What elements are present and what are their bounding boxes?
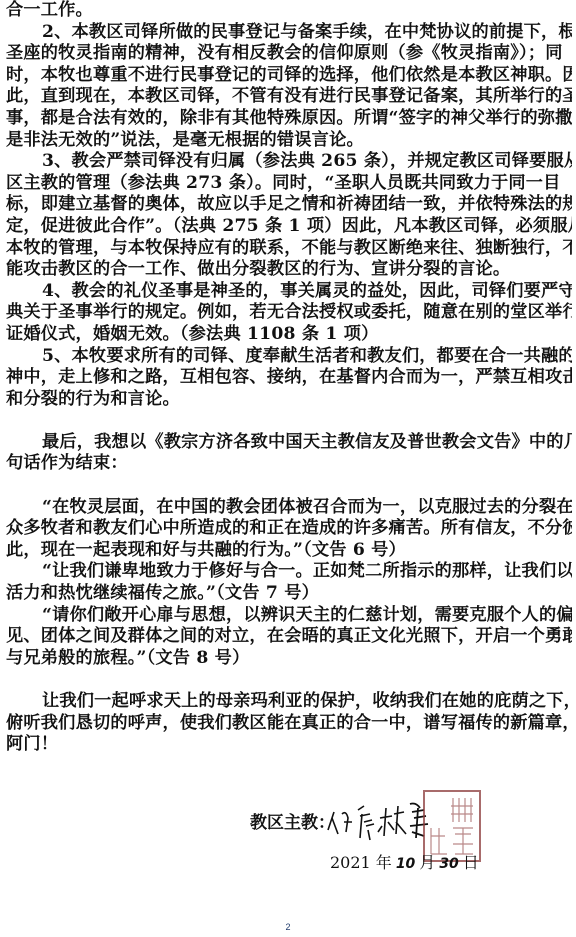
- text-line: 合一工作。: [6, 0, 572, 22]
- document-body: 合一工作。2、本教区司铎所做的民事登记与备案手续，在中梵协议的前提下，根据圣座的…: [6, 0, 572, 756]
- text-line: 证婚仪式，婚姻无效。（参法典 1108 条 1 项）: [6, 324, 572, 346]
- text-line: 圣座的牧灵指南的精神，没有相反教会的信仰原则（参《牧灵指南》）；同: [6, 43, 572, 65]
- paragraph-first-line: 2、本教区司铎所做的民事登记与备案手续，在中梵协议的前提下，根据: [6, 22, 572, 44]
- text-line: 此，直到现在，本教区司铎，不管有没有进行民事登记备案，其所举行的圣: [6, 86, 572, 108]
- text-line: 事，都是合法有效的，除非有其他特殊原因。所谓“签字的神父举行的弥撒: [6, 108, 572, 130]
- text-line: 神中，走上修和之路，互相包容、接纳，在基督内合而为一，严禁互相攻击: [6, 367, 572, 389]
- text-line: 定，促进彼此合作”。（法典 275 条 1 项）因此，凡本教区司铎，必须服从: [6, 216, 572, 238]
- paragraph-first-line: 最后，我想以《教宗方济各致中国天主教信友及普世教会文告》中的几: [6, 432, 572, 454]
- date-day-label: 日: [463, 853, 479, 872]
- text-line: 与兄弟般的旅程。”（文告 8 号）: [6, 648, 572, 670]
- text-line: 区主教的管理（参法典 273 条）。同时，“圣职人员既共同致力于同一目: [6, 173, 572, 195]
- blank-line: [6, 669, 572, 691]
- signature-date: 2021 年10月30日: [330, 850, 479, 873]
- text-line: 标，即建立基督的奥体，故应以手足之情和祈祷团结一致，并依特殊法的规: [6, 194, 572, 216]
- text-line: 和分裂的行为和言论。: [6, 389, 572, 411]
- text-line: 句话作为结束：: [6, 453, 572, 475]
- text-line: 本牧的管理，与本牧保持应有的联系，不能与教区断绝来往、独断独行，不: [6, 238, 572, 260]
- handwritten-signature-icon: [324, 800, 434, 842]
- text-line: 能攻击教区的合一工作、做出分裂教区的行为、宣讲分裂的言论。: [6, 259, 572, 281]
- paragraph-first-line: 5、本牧要求所有的司铎、度奉献生活者和教友们，都要在合一共融的精: [6, 346, 572, 368]
- blank-line: [6, 475, 572, 497]
- signature-block: 教区主教： 2021 年10月30日: [250, 800, 490, 880]
- text-line: 时，本牧也尊重不进行民事登记的司铎的选择，他们依然是本教区神职。因: [6, 65, 572, 87]
- text-line: 见、团体之间及群体之间的对立，在会晤的真正文化光照下，开启一个勇敢: [6, 626, 572, 648]
- text-line: 是非法无效的”说法，是毫无根据的错误言论。: [6, 130, 572, 152]
- text-line: 俯听我们恳切的呼声，使我们教区能在真正的合一中，谱写福传的新篇章，: [6, 713, 572, 735]
- text-line: 阿门！: [6, 734, 572, 756]
- blank-line: [6, 410, 572, 432]
- paragraph-first-line: “让我们谦卑地致力于修好与合一。正如梵二所指示的那样，让我们以: [6, 561, 572, 583]
- paragraph-first-line: 让我们一起呼求天上的母亲玛利亚的保护，收纳我们在她的庇荫之下，: [6, 691, 572, 713]
- text-line: 此，现在一起表现和好与共融的行为。”（文告 6 号）: [6, 540, 572, 562]
- text-line: 众多牧者和教友们心中所造成的和正在造成的许多痛苦。所有信友，不分彼: [6, 518, 572, 540]
- date-month-handwritten: 10: [396, 856, 415, 872]
- bishop-label: 教区主教：: [250, 808, 335, 833]
- paragraph-first-line: 4、教会的礼仪圣事是神圣的，事关属灵的益处，因此，司铎们要严守法: [6, 281, 572, 303]
- document-page: 合一工作。2、本教区司铎所做的民事登记与备案手续，在中梵协议的前提下，根据圣座的…: [6, 0, 572, 756]
- page-number: 2: [0, 922, 576, 932]
- paragraph-first-line: “在牧灵层面，在中国的教会团体被召合而为一，以克服过去的分裂在: [6, 497, 572, 519]
- date-day-handwritten: 30: [439, 856, 458, 872]
- date-month-label: 月: [419, 853, 435, 872]
- date-year: 2021 年: [330, 853, 392, 872]
- text-line: 活力和热忱继续福传之旅。”（文告 7 号）: [6, 583, 572, 605]
- text-line: 典关于圣事举行的规定。例如，若无合法授权或委托，随意在别的堂区举行: [6, 302, 572, 324]
- paragraph-first-line: “请你们敞开心扉与思想，以辨识天主的仁慈计划，需要克服个人的偏: [6, 605, 572, 627]
- paragraph-first-line: 3、教会严禁司铎没有归属（参法典 265 条），并规定教区司铎要服从教: [6, 151, 572, 173]
